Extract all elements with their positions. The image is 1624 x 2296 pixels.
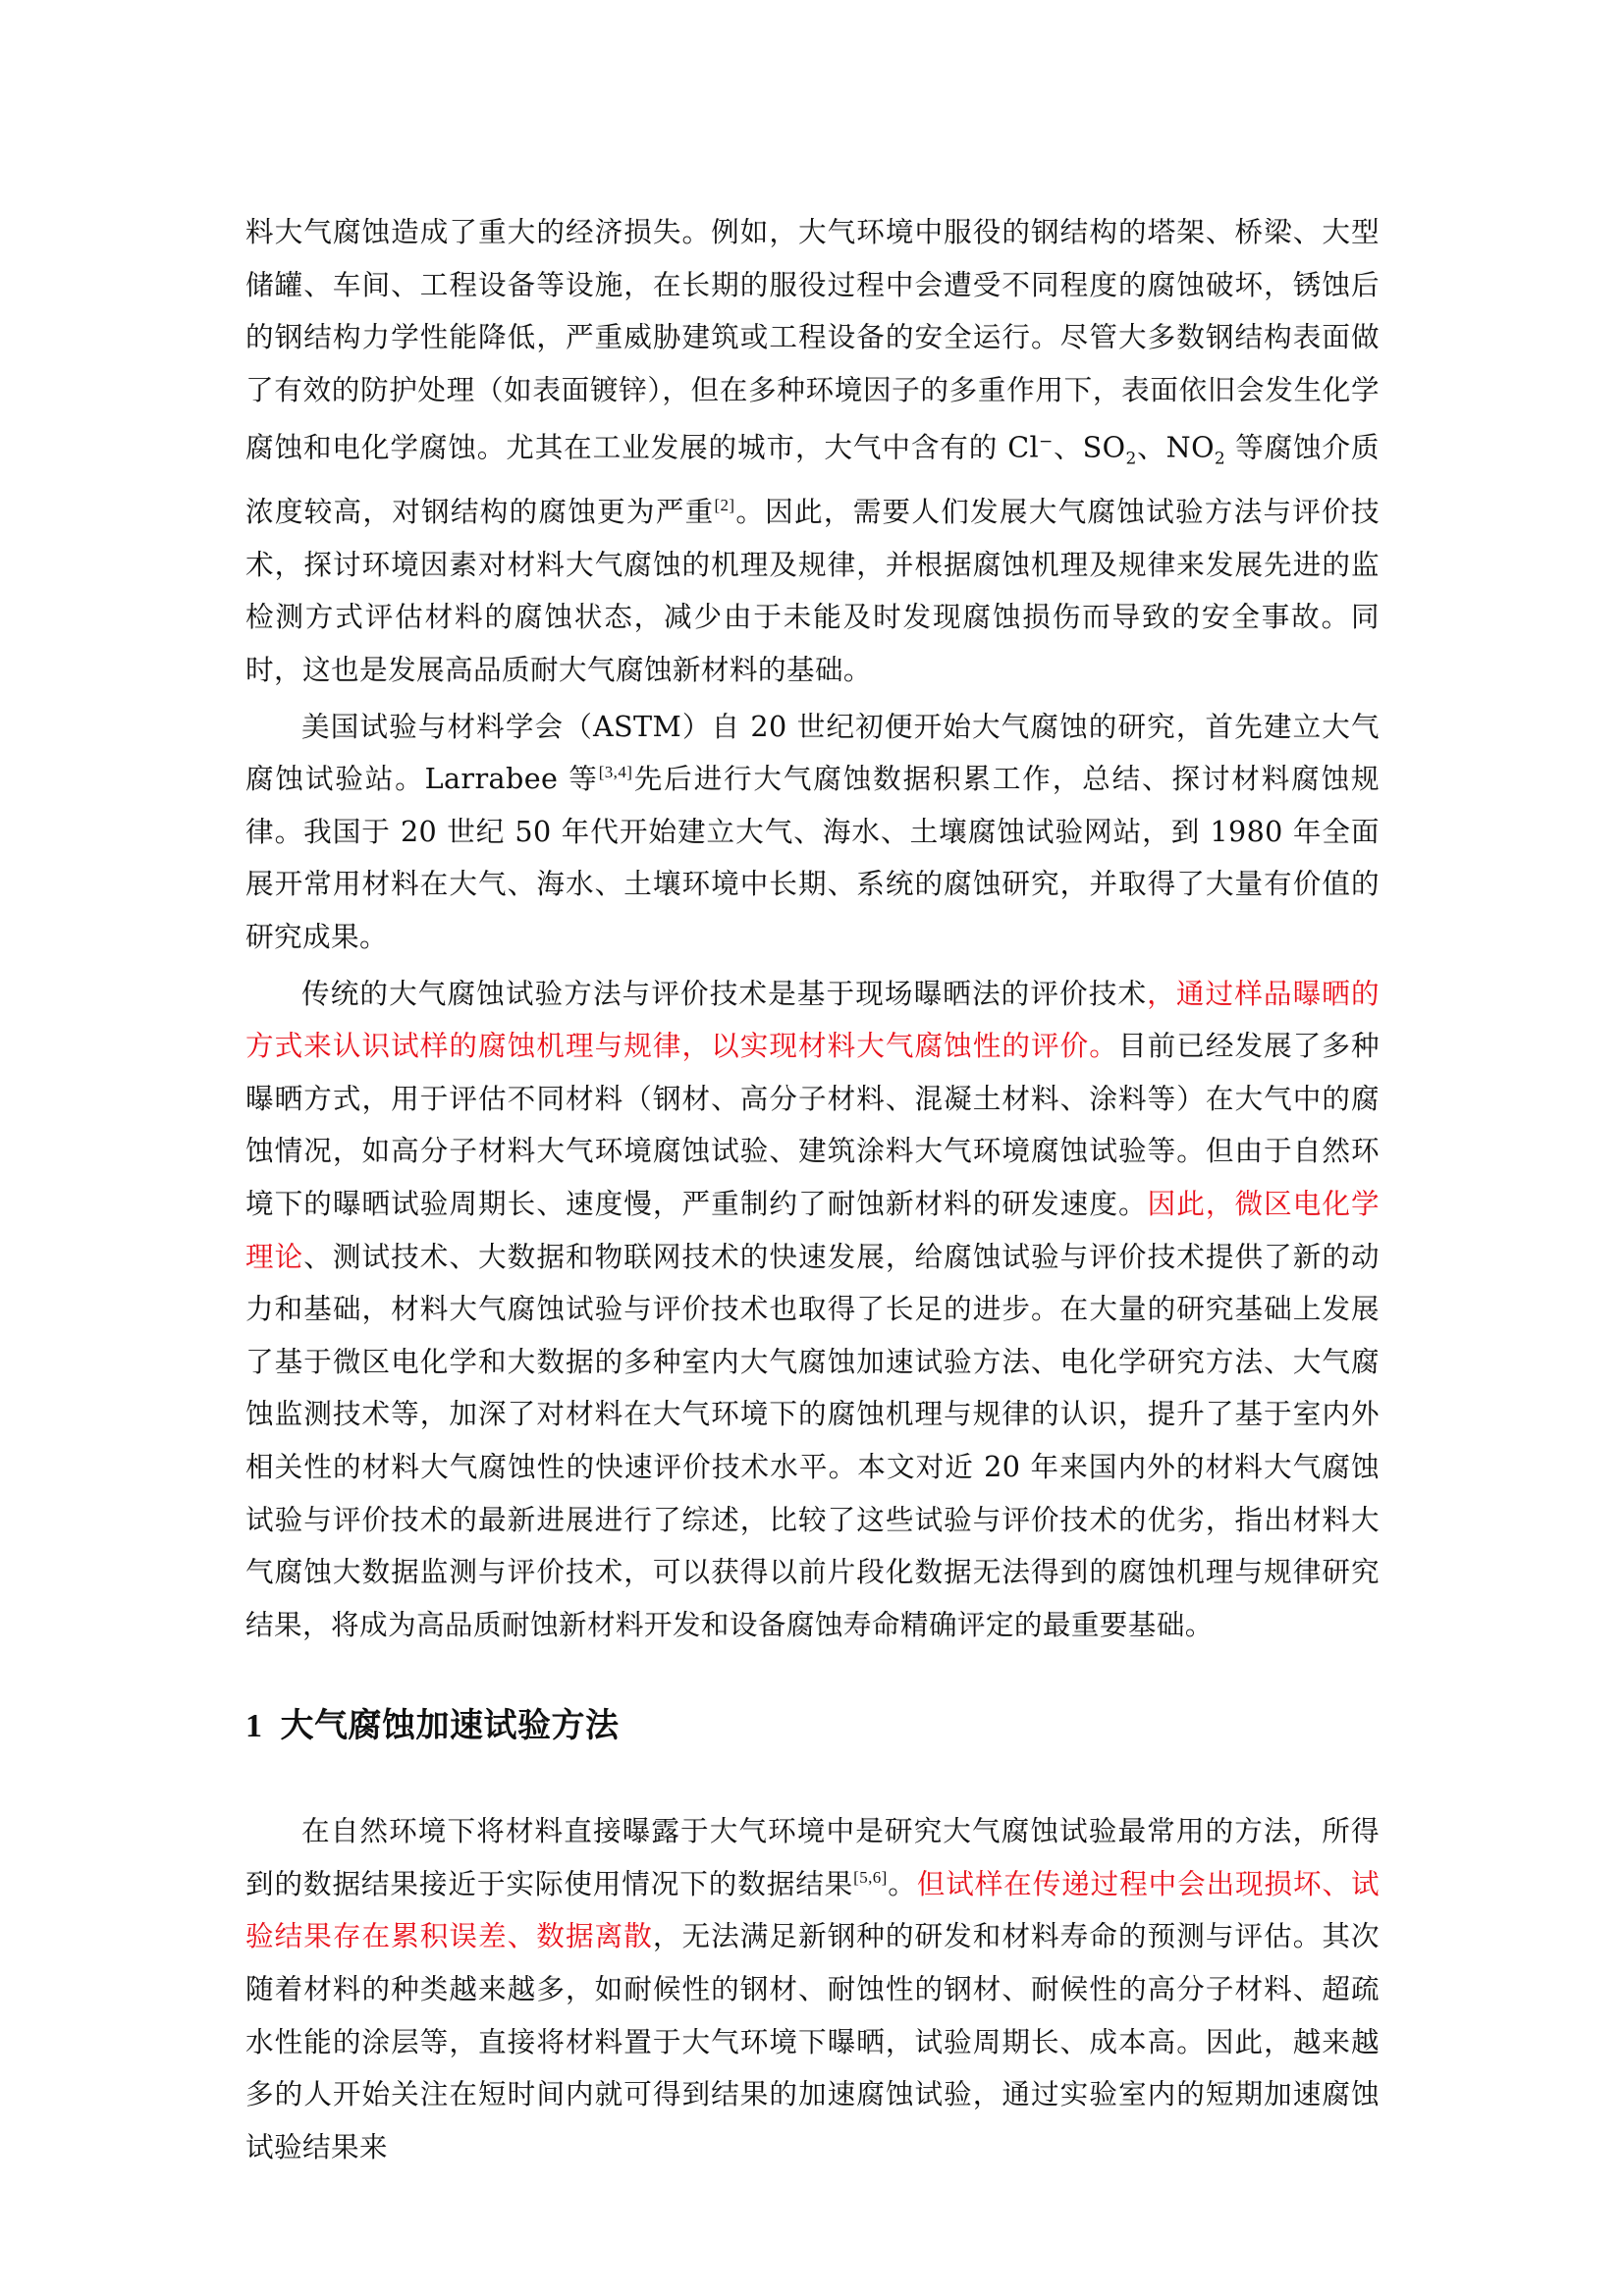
section-title-text: 大气腐蚀加速试验方法 [281,1706,620,1745]
citation-ref: [5,6] [853,1868,888,1887]
superscript: − [1039,432,1054,452]
text-run: 传统的大气腐蚀试验方法与评价技术是基于现场曝晒法的评价技术 [301,977,1147,1010]
text-run: 、SO [1054,431,1126,464]
body-paragraph: 料大气腐蚀造成了重大的经济损失。例如，大气环境中服役的钢结构的塔架、桥梁、大型储… [245,206,1380,697]
section-heading: 1大气腐蚀加速试验方法 [245,1706,1380,1746]
text-run: 。 [888,1867,917,1900]
subscript: 2 [1215,450,1225,469]
text-run: 料大气腐蚀造成了重大的经济损失。例如，大气环境中服役的钢结构的塔架、桥梁、大型储… [245,215,1380,464]
citation-ref: [3,4] [599,763,633,781]
body-paragraph: 在自然环境下将材料直接曝露于大气环境中是研究大气腐蚀试验最常用的方法，所得到的数… [245,1805,1380,2173]
text-run: 、测试技术、大数据和物联网技术的快速发展，给腐蚀试验与评价技术提供了新的动力和基… [245,1240,1380,1641]
subscript: 2 [1125,450,1136,469]
intro-section: 料大气腐蚀造成了重大的经济损失。例如，大气环境中服役的钢结构的塔架、桥梁、大型储… [245,206,1380,1651]
section-title: 1大气腐蚀加速试验方法 [245,1706,1380,1746]
body-paragraph: 传统的大气腐蚀试验方法与评价技术是基于现场曝晒法的评价技术，通过样品曝晒的方式来… [245,968,1380,1652]
citation-ref: [2] [714,496,734,514]
text-run: 、NO [1137,431,1215,464]
document-page: 料大气腐蚀造成了重大的经济损失。例如，大气环境中服役的钢结构的塔架、桥梁、大型储… [245,206,1380,2173]
section-number: 1 [245,1708,263,1744]
body-paragraph: 美国试验与材料学会（ASTM）自 20 世纪初便开始大气腐蚀的研究，首先建立大气… [245,701,1380,964]
text-run: ，无法满足新钢种的研发和材料寿命的预测与评估。其次随着材料的种类越来越多，如耐候… [245,1919,1380,2163]
section-1-body: 在自然环境下将材料直接曝露于大气环境中是研究大气腐蚀试验最常用的方法，所得到的数… [245,1805,1380,2173]
